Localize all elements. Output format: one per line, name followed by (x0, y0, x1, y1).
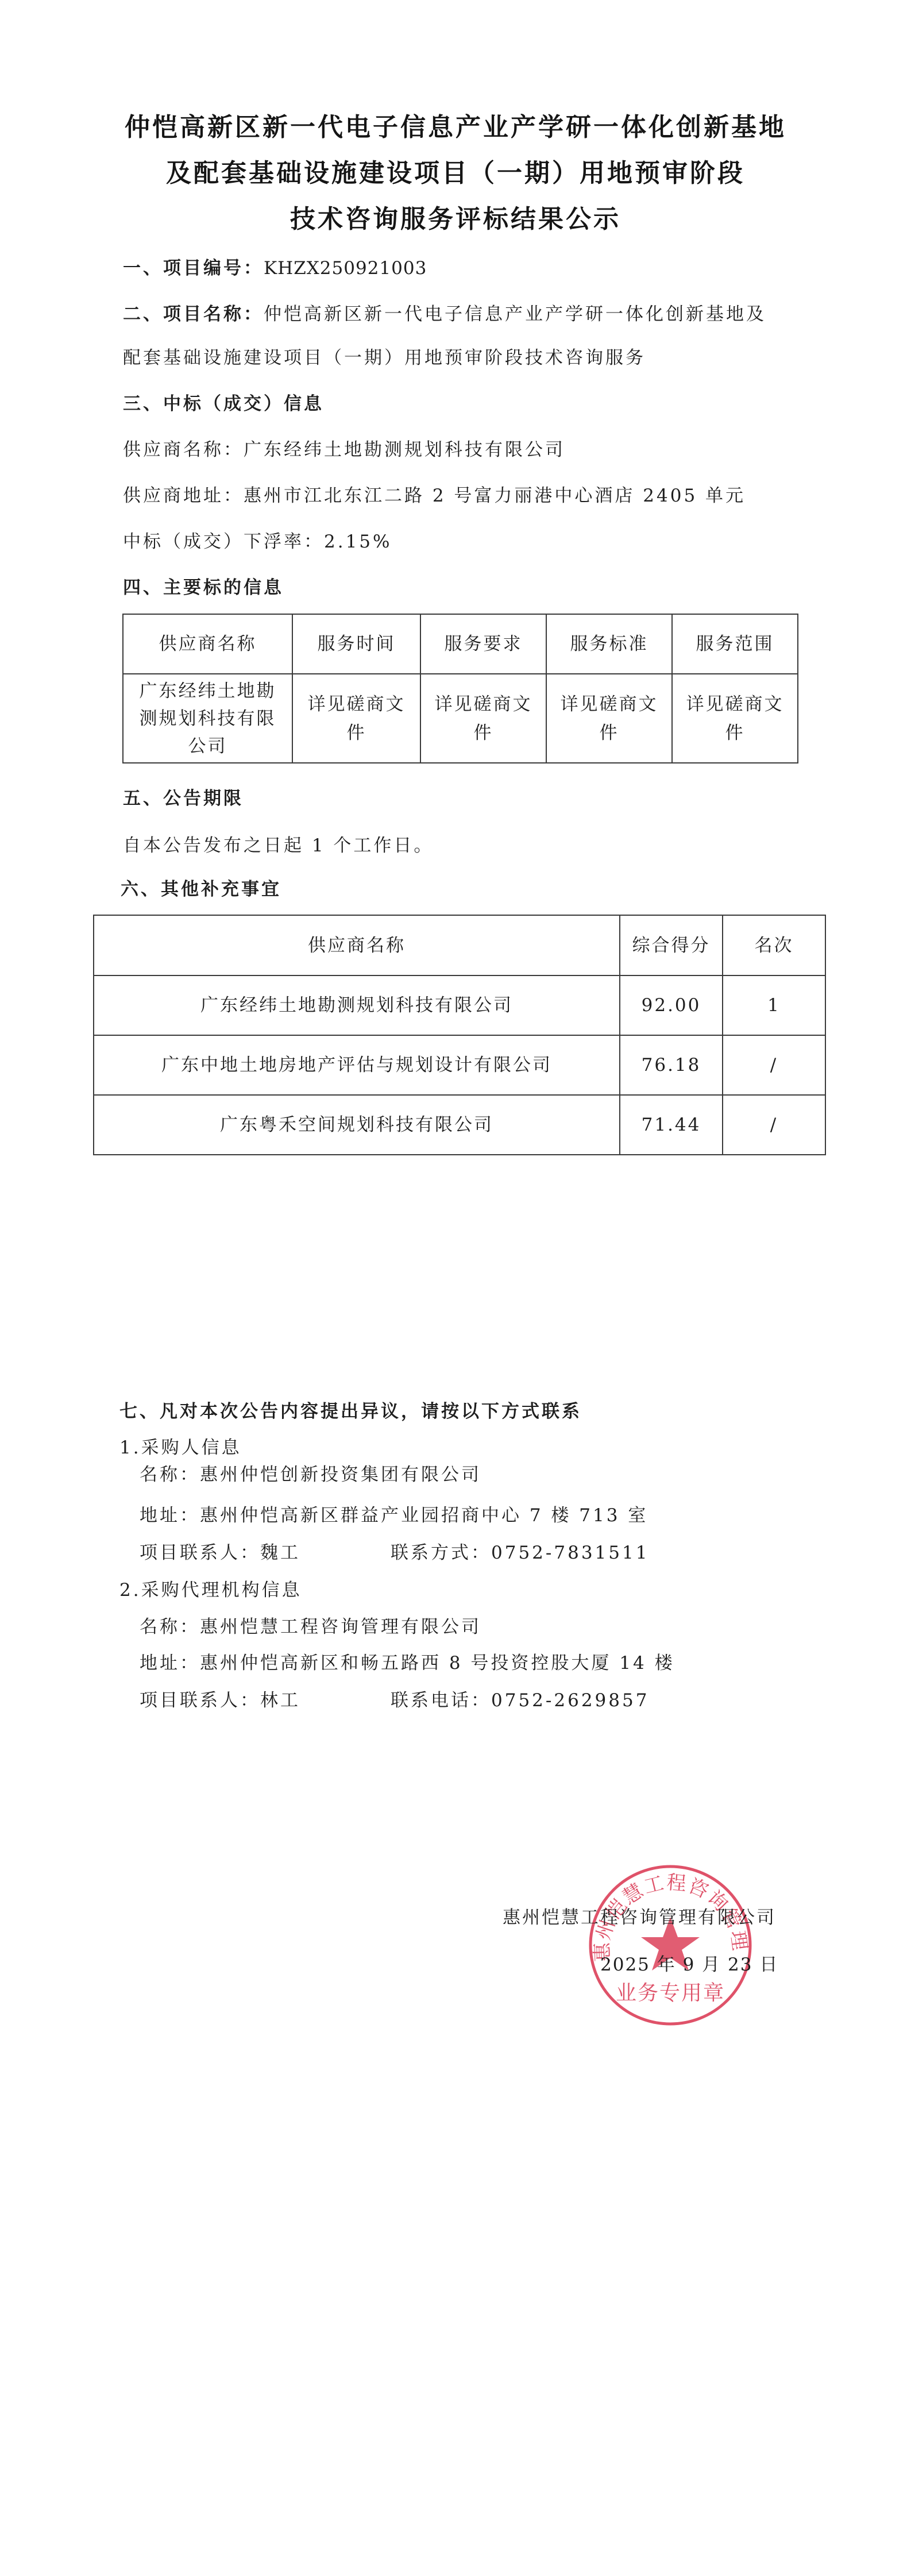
agency-contact-phone: 联系电话：0752-2629857 (391, 1688, 649, 1713)
main-subject-heading: 四、主要标的信息 (123, 575, 284, 600)
supplier-address: 供应商地址：惠州市江北东江二路 2 号富力丽港中心酒店 2405 单元 (123, 483, 746, 508)
signature-date: 2025 年 9 月 23 日 (600, 1952, 778, 1977)
seal-icon: 惠州恺慧工程咨询管理有限公司 业务专用章 (588, 1864, 752, 2026)
page-title-line-1: 仲恺高新区新一代电子信息产业产学研一体化创新基地 (0, 110, 911, 145)
purchaser-name: 名称：惠州仲恺创新投资集团有限公司 (140, 1462, 481, 1487)
evaluation-results-table: 供应商名称 综合得分 名次 广东经纬土地勘测规划科技有限公司 92.00 1 广… (93, 915, 826, 1155)
header-supplier-name: 供应商名称 (94, 915, 620, 975)
cell-service-time: 详见磋商文件 (292, 674, 420, 763)
cell-service-requirement: 详见磋商文件 (420, 674, 546, 763)
cell-supplier-name: 广东粤禾空间规划科技有限公司 (94, 1095, 620, 1155)
header-rank: 名次 (723, 915, 825, 975)
agency-name: 名称：惠州恺慧工程咨询管理有限公司 (140, 1614, 481, 1640)
project-number-label: 一、项目编号： (123, 258, 264, 279)
page-title-line-2: 及配套基础设施建设项目（一期）用地预审阶段 (0, 156, 911, 191)
header-supplier-name: 供应商名称 (123, 614, 292, 674)
project-number-row: 一、项目编号：KHZX250921003 (123, 256, 427, 281)
purchaser-info-heading: 1.采购人信息 (119, 1435, 242, 1460)
purchaser-contact-person: 项目联系人：魏工 (140, 1540, 300, 1565)
cell-supplier-name: 广东经纬土地勘测规划科技有限公司 (123, 674, 292, 763)
notice-period-heading: 五、公告期限 (123, 786, 244, 811)
cell-score: 76.18 (620, 1035, 723, 1095)
project-number-value: KHZX250921003 (264, 258, 427, 279)
official-seal: 惠州恺慧工程咨询管理有限公司 业务专用章 (588, 1864, 752, 2026)
header-service-standard: 服务标准 (546, 614, 672, 674)
supplier-name: 供应商名称：广东经纬土地勘测规划科技有限公司 (123, 437, 565, 462)
award-info-heading: 三、中标（成交）信息 (123, 391, 324, 417)
cell-score: 71.44 (620, 1095, 723, 1155)
project-name-value-line-2: 配套基础设施建设项目（一期）用地预审阶段技术咨询服务 (123, 345, 646, 371)
header-service-time: 服务时间 (292, 614, 420, 674)
project-name-row: 二、项目名称：仲恺高新区新一代电子信息产业产学研一体化创新基地及 (123, 302, 766, 327)
cell-supplier-name: 广东经纬土地勘测规划科技有限公司 (94, 975, 620, 1035)
agency-contact-person: 项目联系人：林工 (140, 1688, 300, 1713)
project-name-value-line-1: 仲恺高新区新一代电子信息产业产学研一体化创新基地及 (264, 304, 766, 325)
table-header-row: 供应商名称 服务时间 服务要求 服务标准 服务范围 (123, 614, 798, 674)
cell-rank: / (723, 1095, 825, 1155)
purchaser-contact-phone: 联系方式：0752-7831511 (391, 1540, 649, 1565)
project-name-label: 二、项目名称： (123, 304, 264, 325)
notice-period-text: 自本公告发布之日起 1 个工作日。 (123, 833, 434, 858)
cell-service-scope: 详见磋商文件 (672, 674, 798, 763)
table-header-row: 供应商名称 综合得分 名次 (94, 915, 825, 975)
cell-supplier-name: 广东中地土地房地产评估与规划设计有限公司 (94, 1035, 620, 1095)
supplementary-heading: 六、其他补充事宜 (121, 877, 281, 902)
main-subject-table: 供应商名称 服务时间 服务要求 服务标准 服务范围 广东经纬土地勘测规划科技有限… (122, 614, 798, 763)
objection-contact-heading: 七、凡对本次公告内容提出异议，请按以下方式联系 (119, 1399, 582, 1424)
table-row: 广东经纬土地勘测规划科技有限公司 92.00 1 (94, 975, 825, 1035)
svg-text:业务专用章: 业务专用章 (616, 1981, 725, 2005)
cell-rank: 1 (723, 975, 825, 1035)
table-row: 广东中地土地房地产评估与规划设计有限公司 76.18 / (94, 1035, 825, 1095)
header-total-score: 综合得分 (620, 915, 723, 975)
discount-rate: 中标（成交）下浮率：2.15% (123, 529, 392, 554)
agency-info-heading: 2.采购代理机构信息 (119, 1578, 302, 1603)
cell-score: 92.00 (620, 975, 723, 1035)
agency-address: 地址：惠州仲恺高新区和畅五路西 8 号投资控股大厦 14 楼 (140, 1651, 675, 1676)
cell-rank: / (723, 1035, 825, 1095)
cell-service-standard: 详见磋商文件 (546, 674, 672, 763)
table-row: 广东经纬土地勘测规划科技有限公司 详见磋商文件 详见磋商文件 详见磋商文件 详见… (123, 674, 798, 763)
table-row: 广东粤禾空间规划科技有限公司 71.44 / (94, 1095, 825, 1155)
header-service-scope: 服务范围 (672, 614, 798, 674)
purchaser-address: 地址：惠州仲恺高新区群益产业园招商中心 7 楼 713 室 (140, 1503, 648, 1528)
header-service-requirement: 服务要求 (420, 614, 546, 674)
page-title-line-3: 技术咨询服务评标结果公示 (0, 202, 911, 237)
signature-company: 惠州恺慧工程咨询管理有限公司 (503, 1905, 776, 1930)
